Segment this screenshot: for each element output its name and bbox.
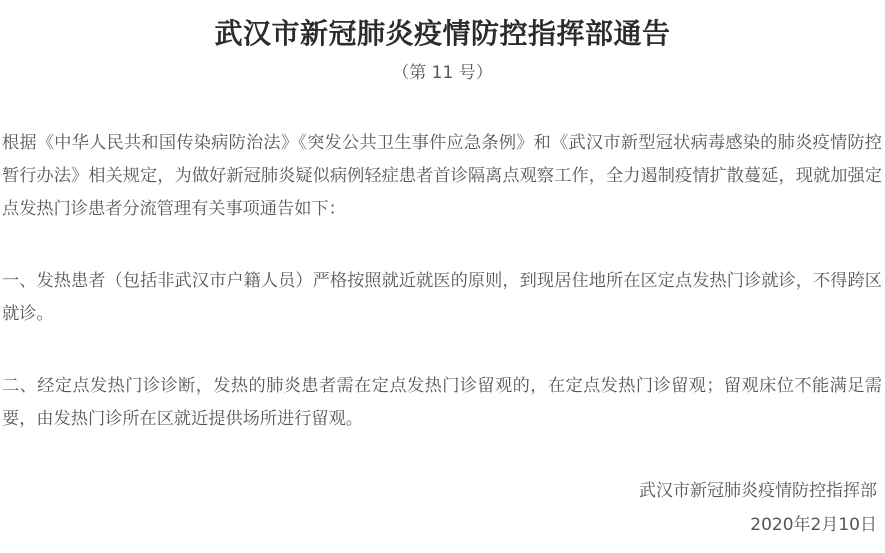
signature-date: 2020年2月10日 (750, 512, 877, 538)
intro-paragraph: 根据《中华人民共和国传染病防治法》《突发公共卫生事件应急条例》和《武汉市新型冠状… (2, 127, 882, 226)
item-one-paragraph: 一、发热患者（包括非武汉市户籍人员）严格按照就近就医的原则，到现居住地所在区定点… (2, 265, 882, 331)
notice-title: 武汉市新冠肺炎疫情防控指挥部通告 (0, 14, 885, 54)
item-two-paragraph: 二、经定点发热门诊诊断，发热的肺炎患者需在定点发热门诊留观的，在定点发热门诊留观… (2, 370, 882, 436)
notice-number: （第 11 号） (0, 60, 885, 86)
signature-organization: 武汉市新冠肺炎疫情防控指挥部 (639, 478, 877, 504)
